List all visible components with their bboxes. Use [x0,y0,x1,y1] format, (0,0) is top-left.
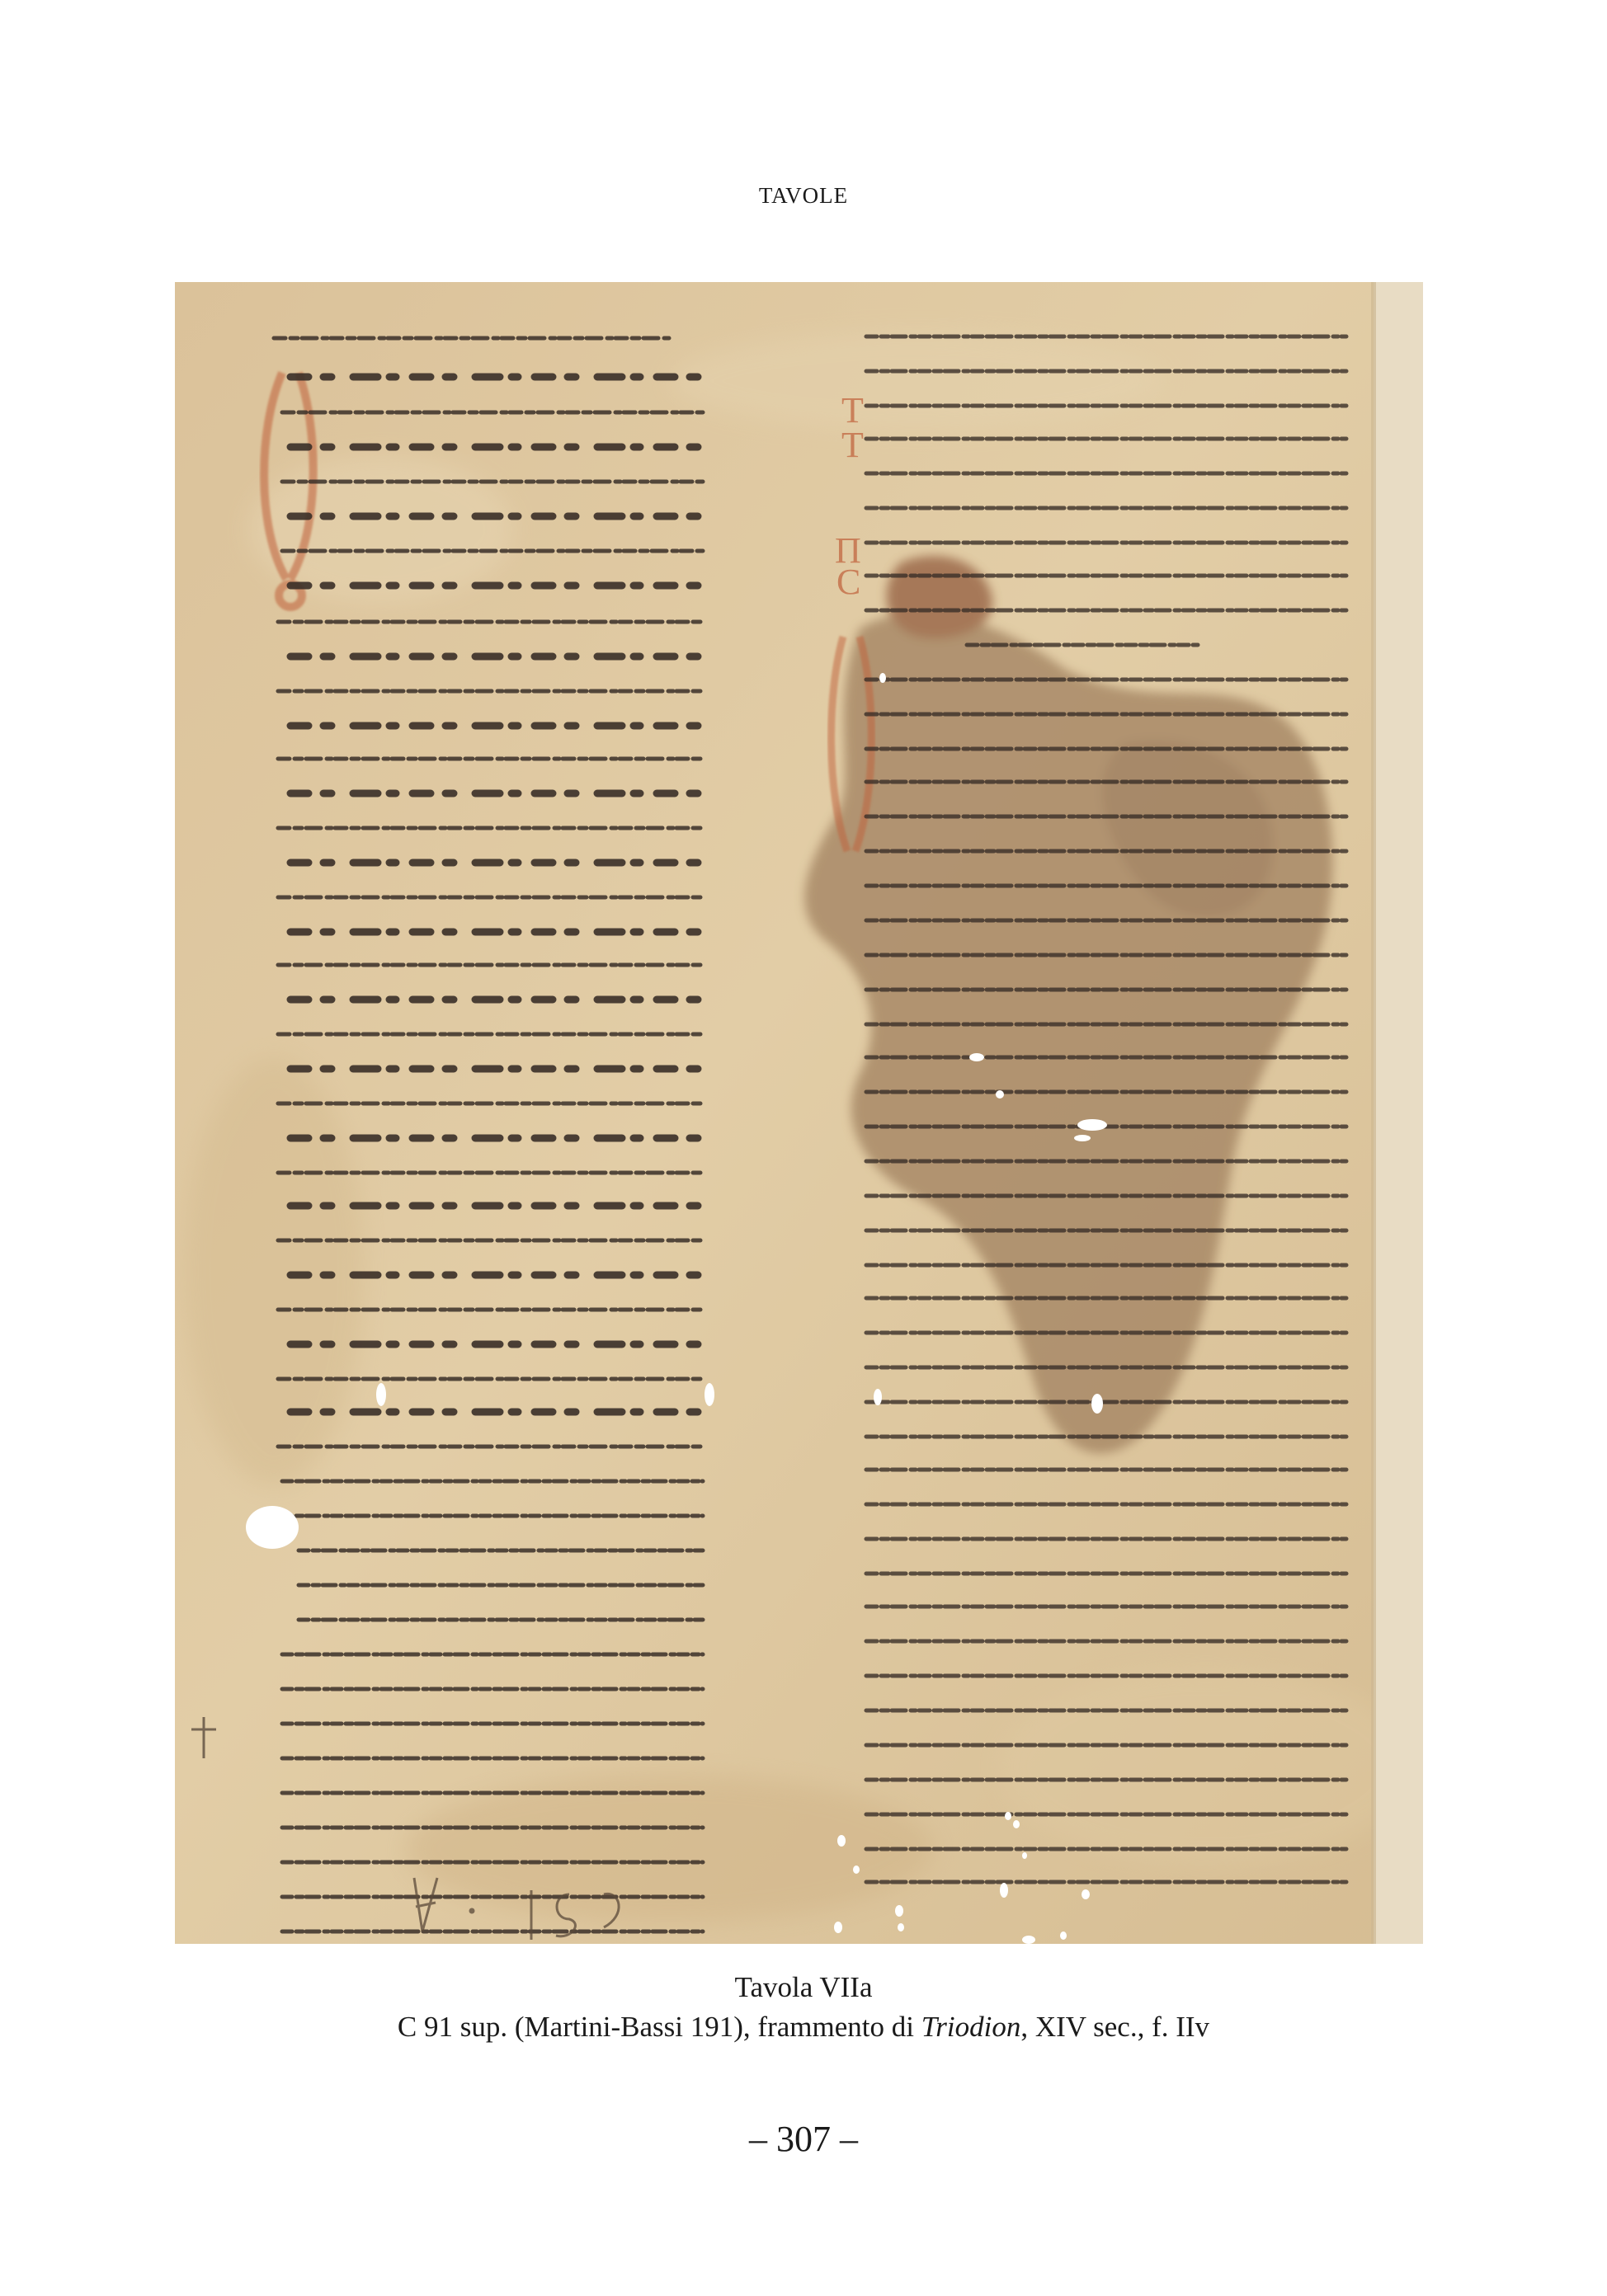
running-head: TAVOLE [0,183,1607,209]
svg-text:Τ: Τ [841,425,864,465]
caption-italic-title: Triodion [921,2011,1021,2043]
caption-text-before: C 91 sup. (Martini-Bassi 191), frammento… [398,2011,921,2043]
manuscript-plate-image: Τ Τ Π C [175,282,1423,1944]
plate-title: Tavola VIIa [0,1973,1607,2002]
caption-text-after: , XIV sec., f. IIv [1020,2011,1209,2043]
plate-description: C 91 sup. (Martini-Bassi 191), frammento… [0,2012,1607,2041]
page-number: – 307 – [0,2118,1607,2160]
manuscript-drawing: Τ Τ Π C [175,282,1423,1944]
svg-text:C: C [836,562,860,602]
